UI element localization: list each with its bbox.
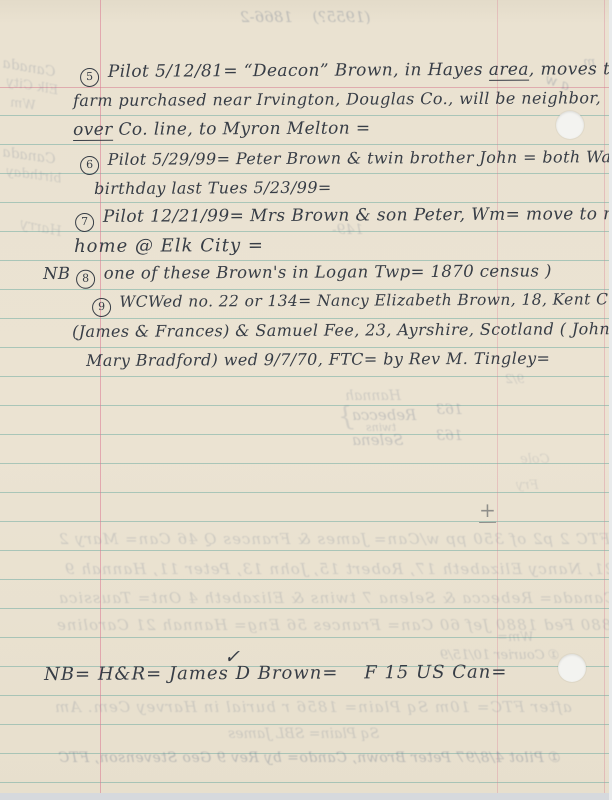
handwritten-line: 7 Pilot 12/21/99= Mrs Brown & son Peter,…	[75, 204, 612, 232]
hole-punch-bottom	[558, 654, 586, 682]
scanner-edge-bottom	[0, 793, 612, 800]
handwritten-line: Mary Bradford) wed 9/7/70, FTC= by Rev M…	[86, 349, 550, 370]
handwritten-line: farm purchased near Irvington, Douglas C…	[73, 88, 601, 110]
circled-number: 6	[80, 156, 99, 175]
hole-punch-top	[556, 111, 584, 139]
handwritten-text: one of these Brown's in Logan Twp= 1870 …	[98, 261, 552, 282]
handwritten-text: home @ Elk City =	[74, 235, 264, 257]
bleed-through-text: 9/2	[505, 372, 524, 386]
notebook-page: (1955?) 1866-2CanadaElk CityWmCanadabirt…	[0, 0, 612, 800]
bleed-through-text: Fry	[516, 478, 539, 493]
handwritten-line: birthday last Tues 5/23/99=	[94, 178, 332, 198]
handwritten-line: (James & Frances) & Samuel Fee, 23, Ayrs…	[72, 319, 612, 341]
handwritten-line: 5 Pilot 5/12/81= “Deacon” Brown, in Haye…	[80, 59, 612, 87]
circled-number: 5	[80, 68, 99, 87]
handwritten-text: Pilot 5/29/99= Peter Brown & twin brothe…	[102, 147, 612, 169]
bleed-through-text: Mary 21, Nancy Elizabeth 17, Robert 15, …	[64, 560, 612, 578]
bleed-through-text: after FTC= 10m Sq Plain= 1856 r burial i…	[54, 698, 572, 716]
bleed-through-text: all Canada= Rebecca & Selena 7 twins & E…	[58, 589, 612, 607]
bleed-through-text: 163	[436, 428, 463, 444]
right-edge-rule	[604, 0, 605, 793]
bleed-through-text: Wm=	[497, 630, 534, 645]
circled-number: 7	[75, 213, 94, 232]
handwritten-text: WCWed no. 22 or 134= Nancy Elizabeth Bro…	[114, 290, 612, 311]
handwritten-text: Pilot 5/12/81= “Deacon” Brown, in Hayes	[102, 60, 489, 82]
bleed-through-text: Cole	[520, 452, 550, 467]
bleed-through-text: 163	[436, 402, 463, 418]
bleed-through-text: Selena	[352, 431, 403, 449]
circled-number: 8	[76, 270, 95, 289]
handwritten-text: +	[479, 498, 496, 523]
handwritten-text: birthday last Tues 5/23/99=	[94, 178, 332, 198]
circled-number: 9	[92, 298, 111, 317]
handwritten-text: farm purchased near Irvington, Douglas C…	[73, 88, 601, 110]
handwritten-text: Mary Bradford) wed 9/7/70, FTC= by Rev M…	[86, 349, 550, 370]
handwritten-line: NB= H&R= James D Brown= F 15 US Can=	[44, 662, 507, 685]
handwritten-line: 9 WCWed no. 22 or 134= Nancy Elizabeth B…	[92, 290, 612, 317]
handwritten-text: NB= H&R= James D Brown= F 15 US Can=	[44, 662, 507, 685]
handwritten-line: NB 8 one of these Brown's in Logan Twp= …	[43, 261, 552, 289]
handwritten-line: 6 Pilot 5/29/99= Peter Brown & twin brot…	[80, 147, 612, 175]
handwritten-text: NB	[43, 264, 76, 283]
handwritten-line: +	[479, 498, 496, 522]
handwritten-text: , moves to	[529, 59, 612, 79]
bleed-through-text: (1955?) 1866-2	[240, 8, 370, 26]
bleed-through-text: ① 1870 FTC 2 p2 of 350 pp w/Can= James &…	[58, 530, 612, 548]
handwritten-text: Pilot 12/21/99= Mrs Brown & son Peter, W…	[97, 204, 612, 227]
bleed-through-text: ① Pilot 4/8/97 Peter Brown, Cando= by Re…	[58, 750, 562, 766]
handwritten-text: Co. line, to Myron Melton =	[113, 118, 371, 139]
handwritten-text: area	[489, 60, 529, 81]
bleed-through-text: Sq Plain= SBL James	[228, 726, 379, 742]
handwritten-text: (James & Frances) & Samuel Fee, 23, Ayrs…	[72, 319, 612, 341]
handwritten-line: home @ Elk City =	[74, 235, 264, 257]
handwritten-text: over	[73, 120, 113, 141]
handwritten-line: over Co. line, to Myron Melton =	[73, 118, 371, 140]
